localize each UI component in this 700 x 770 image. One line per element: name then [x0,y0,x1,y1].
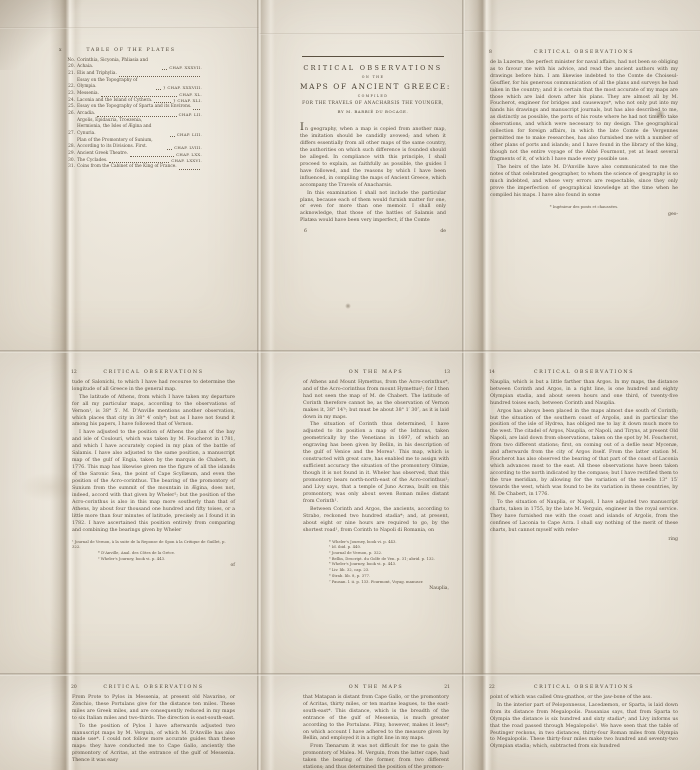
paper-stain [20,472,80,502]
body-paragraph: The latitude of Athens, from which I hav… [72,395,235,430]
catchword: ring [490,537,678,542]
dot-leader [109,162,169,163]
plate-number: 22. [60,84,77,91]
catchword: Nauplia, [303,586,449,591]
plate-number: 30. [60,158,77,165]
running-head: ON THE MAPS 13 [303,370,449,376]
running-head: 14 CRITICAL OBSERVATIONS [490,370,678,376]
title-rule [302,56,444,57]
page-title: CRITICAL OBSERVATIONS ON THE MAPS OF ANC… [259,0,464,352]
plate-list-item: 25.Essay on the Topography of Sparta and… [60,104,202,111]
dot-leader [162,69,167,70]
plate-list-item: 27.Argolis, Epidauria, Troezenia, Hermio… [60,118,202,138]
signature-mark: 6 [304,229,307,234]
running-title: ON THE MAPS [349,370,404,375]
plate-number: 27. [60,131,77,138]
body-paragraph: Between Corinth and Argos, the ancients,… [303,507,449,535]
book-title-line: CRITICAL OBSERVATIONS [300,64,446,72]
plate-list-item: 31.Coins from the Cabinet of the King of… [60,164,202,171]
running-head: ON THE MAPS 21 [303,685,449,691]
plate-number: 29. [60,151,77,158]
dot-leader [101,96,177,97]
footnotes: ¹ Journal de Vernon, à la suite de la Re… [72,539,235,562]
page-top-edge [259,33,464,35]
running-head: 22 CRITICAL OBSERVATIONS [490,685,678,691]
running-title: CRITICAL OBSERVATIONS [103,685,203,690]
dot-leader [170,136,175,137]
body-paragraph: point of which was called Onu-gnathos, o… [490,695,678,702]
footnote: ² Wheler's Journey, book vi. p. 443. [98,556,235,562]
plate-list-item: 28.Plan of the Promontory of Sunium, Acc… [60,138,202,151]
page-edge-shadow [261,0,275,352]
footnote: * Ingénieur des ponts et chaussées. [490,204,678,210]
running-head: 20 CRITICAL OBSERVATIONS [72,685,235,691]
page-22: 22 CRITICAL OBSERVATIONS point of which … [464,675,700,770]
body-paragraph: In the interior part of Peloponnesus, La… [490,703,678,752]
plate-number: No. 20. [60,58,77,71]
page-number: 12 [71,370,77,375]
page-number: 8 [489,50,492,55]
dot-leader [179,169,200,170]
body-paragraph: de la Luzerne, the perfect minister for … [490,60,678,164]
body-paragraph: To the position of Pylos I have afterwar… [72,724,235,766]
footnote: ¹ Journal de Vernon, à la suite de la Re… [72,539,235,550]
dot-leader [97,116,176,117]
plate-number: 24. [60,98,77,105]
body-paragraph: Nauplia, which is but a little farther t… [490,380,678,408]
body-paragraph: From Tænarum it was not difficult for me… [303,744,449,770]
footnote: ⁷ Pausan. l. ii. p. 133. Fourmont, Voyag… [329,579,449,585]
running-title: ON THE MAPS [349,685,404,690]
dot-leader [167,149,172,150]
plate-number: 31. [60,164,77,171]
tile-seam-horizontal [0,350,700,353]
body-paragraph: In this examination I shall not include … [300,191,446,226]
catchword: of [72,563,235,568]
running-title: CRITICAL OBSERVATIONS [534,685,634,690]
book-author-line: BY M. BARBIÉ DU BOCAGE. [300,109,446,114]
plate-list-item: 22.Essay on the Topography of Olympia.} … [60,78,202,91]
plate-number: 21. [60,71,77,78]
plate-list-item: 30.The Cyclades.CHAP. LXXVI. [60,158,202,165]
page-number: 22 [489,685,495,690]
plate-list-item: 21.Elis and Triphylia. [60,71,202,78]
body-paragraph: Argos has always been placed in the maps… [490,409,678,499]
book-title-line: COMPILED [300,94,446,98]
footnotes: * Ingénieur des ponts et chaussées. [490,204,678,210]
plate-list-item: 23.Messenia.CHAP. XL. [60,91,202,98]
page-number: 20 [71,685,77,690]
body-paragraph: that Matapan is distant from Cape Gallo,… [303,695,449,744]
body-paragraph: The situation of Corinth thus determined… [303,422,449,505]
page-top-edge [0,27,259,29]
plate-number: 28. [60,144,77,151]
page-8: 8 CRITICAL OBSERVATIONS de la Luzerne, t… [464,0,700,352]
page-number: 13 [444,370,450,375]
page-table-of-plates: x TABLE OF THE PLATES No. 20.Corinthia, … [0,0,259,352]
plate-number: 26. [60,111,77,118]
body-paragraph: tude of Salonichi, to which I have had r… [72,380,235,394]
page-edge-shadow [261,675,275,770]
wallpaper-of-book-pages: { "palette": { "background": "#ddd6c8", … [0,0,700,770]
catchword: de [440,229,446,234]
running-head: 8 CRITICAL OBSERVATIONS [490,50,678,56]
book-title-line: MAPS OF ANCIENT GREECE: [300,82,446,91]
running-title: CRITICAL OBSERVATIONS [534,50,634,55]
body-paragraph: I have adjusted to the position of Athen… [72,430,235,534]
running-title: CRITICAL OBSERVATIONS [534,370,634,375]
plate-list-item: 29.Ancient Greek Theatre.CHAP. LXX. [60,151,202,158]
body-paragraph: The heirs of the late M. D'Anville have … [490,165,678,200]
page-number: 21 [444,685,450,690]
paper-stain [345,303,351,309]
body-paragraph: From Prote to Pylos in Messenia, at pres… [72,695,235,723]
body-paragraph: To the situation of Nauplia, or Napoli, … [490,500,678,535]
book-title-line: ON THE [300,75,446,79]
plate-number: 25. [60,104,77,111]
plate-list-item: 26.Arcadia.CHAP. LII. [60,111,202,118]
running-head: 12 CRITICAL OBSERVATIONS [72,370,235,376]
page-13: ON THE MAPS 13 of Athens and Mount Hymet… [259,352,464,675]
book-title-line: FOR THE TRAVELS OF ANACHARSIS THE YOUNGE… [300,101,446,106]
footnotes: * Wheler's Journey, book vi. p. 443. ¹ I… [329,539,449,585]
tile-seam-vertical [462,0,465,770]
running-title: TABLE OF THE PLATES [86,48,175,53]
dot-leader [156,89,161,90]
page-number: x [59,48,62,53]
dot-leader [154,102,171,103]
plate-list-item: 24.Laconia and the Island of Cythera.} C… [60,98,202,105]
tile-seam-vertical [257,0,260,770]
body-paragraph: of Athens and Mount Hymettus, from the A… [303,380,449,422]
body-paragraph: In geography, when a map is copied from … [300,124,446,190]
running-head: x TABLE OF THE PLATES [60,48,202,54]
dot-leader [130,156,174,157]
catchword: geo- [490,212,678,217]
page-edge-shadow [261,352,275,675]
plate-list-item: No. 20.Corinthia, Sicyonia, Phliasia and… [60,58,202,71]
page-14: 14 CRITICAL OBSERVATIONS Nauplia, which … [464,352,700,675]
plate-number: 23. [60,91,77,98]
dot-leader [119,76,200,77]
page-20: 20 CRITICAL OBSERVATIONS From Prote to P… [0,675,259,770]
page-21: ON THE MAPS 21 that Matapan is distant f… [259,675,464,770]
page-top-edge [464,30,700,32]
page-number: 14 [489,370,495,375]
tile-seam-horizontal [0,673,700,676]
running-title: CRITICAL OBSERVATIONS [103,370,203,375]
page-12: 12 CRITICAL OBSERVATIONS tude of Salonic… [0,352,259,675]
dot-leader [193,109,200,110]
